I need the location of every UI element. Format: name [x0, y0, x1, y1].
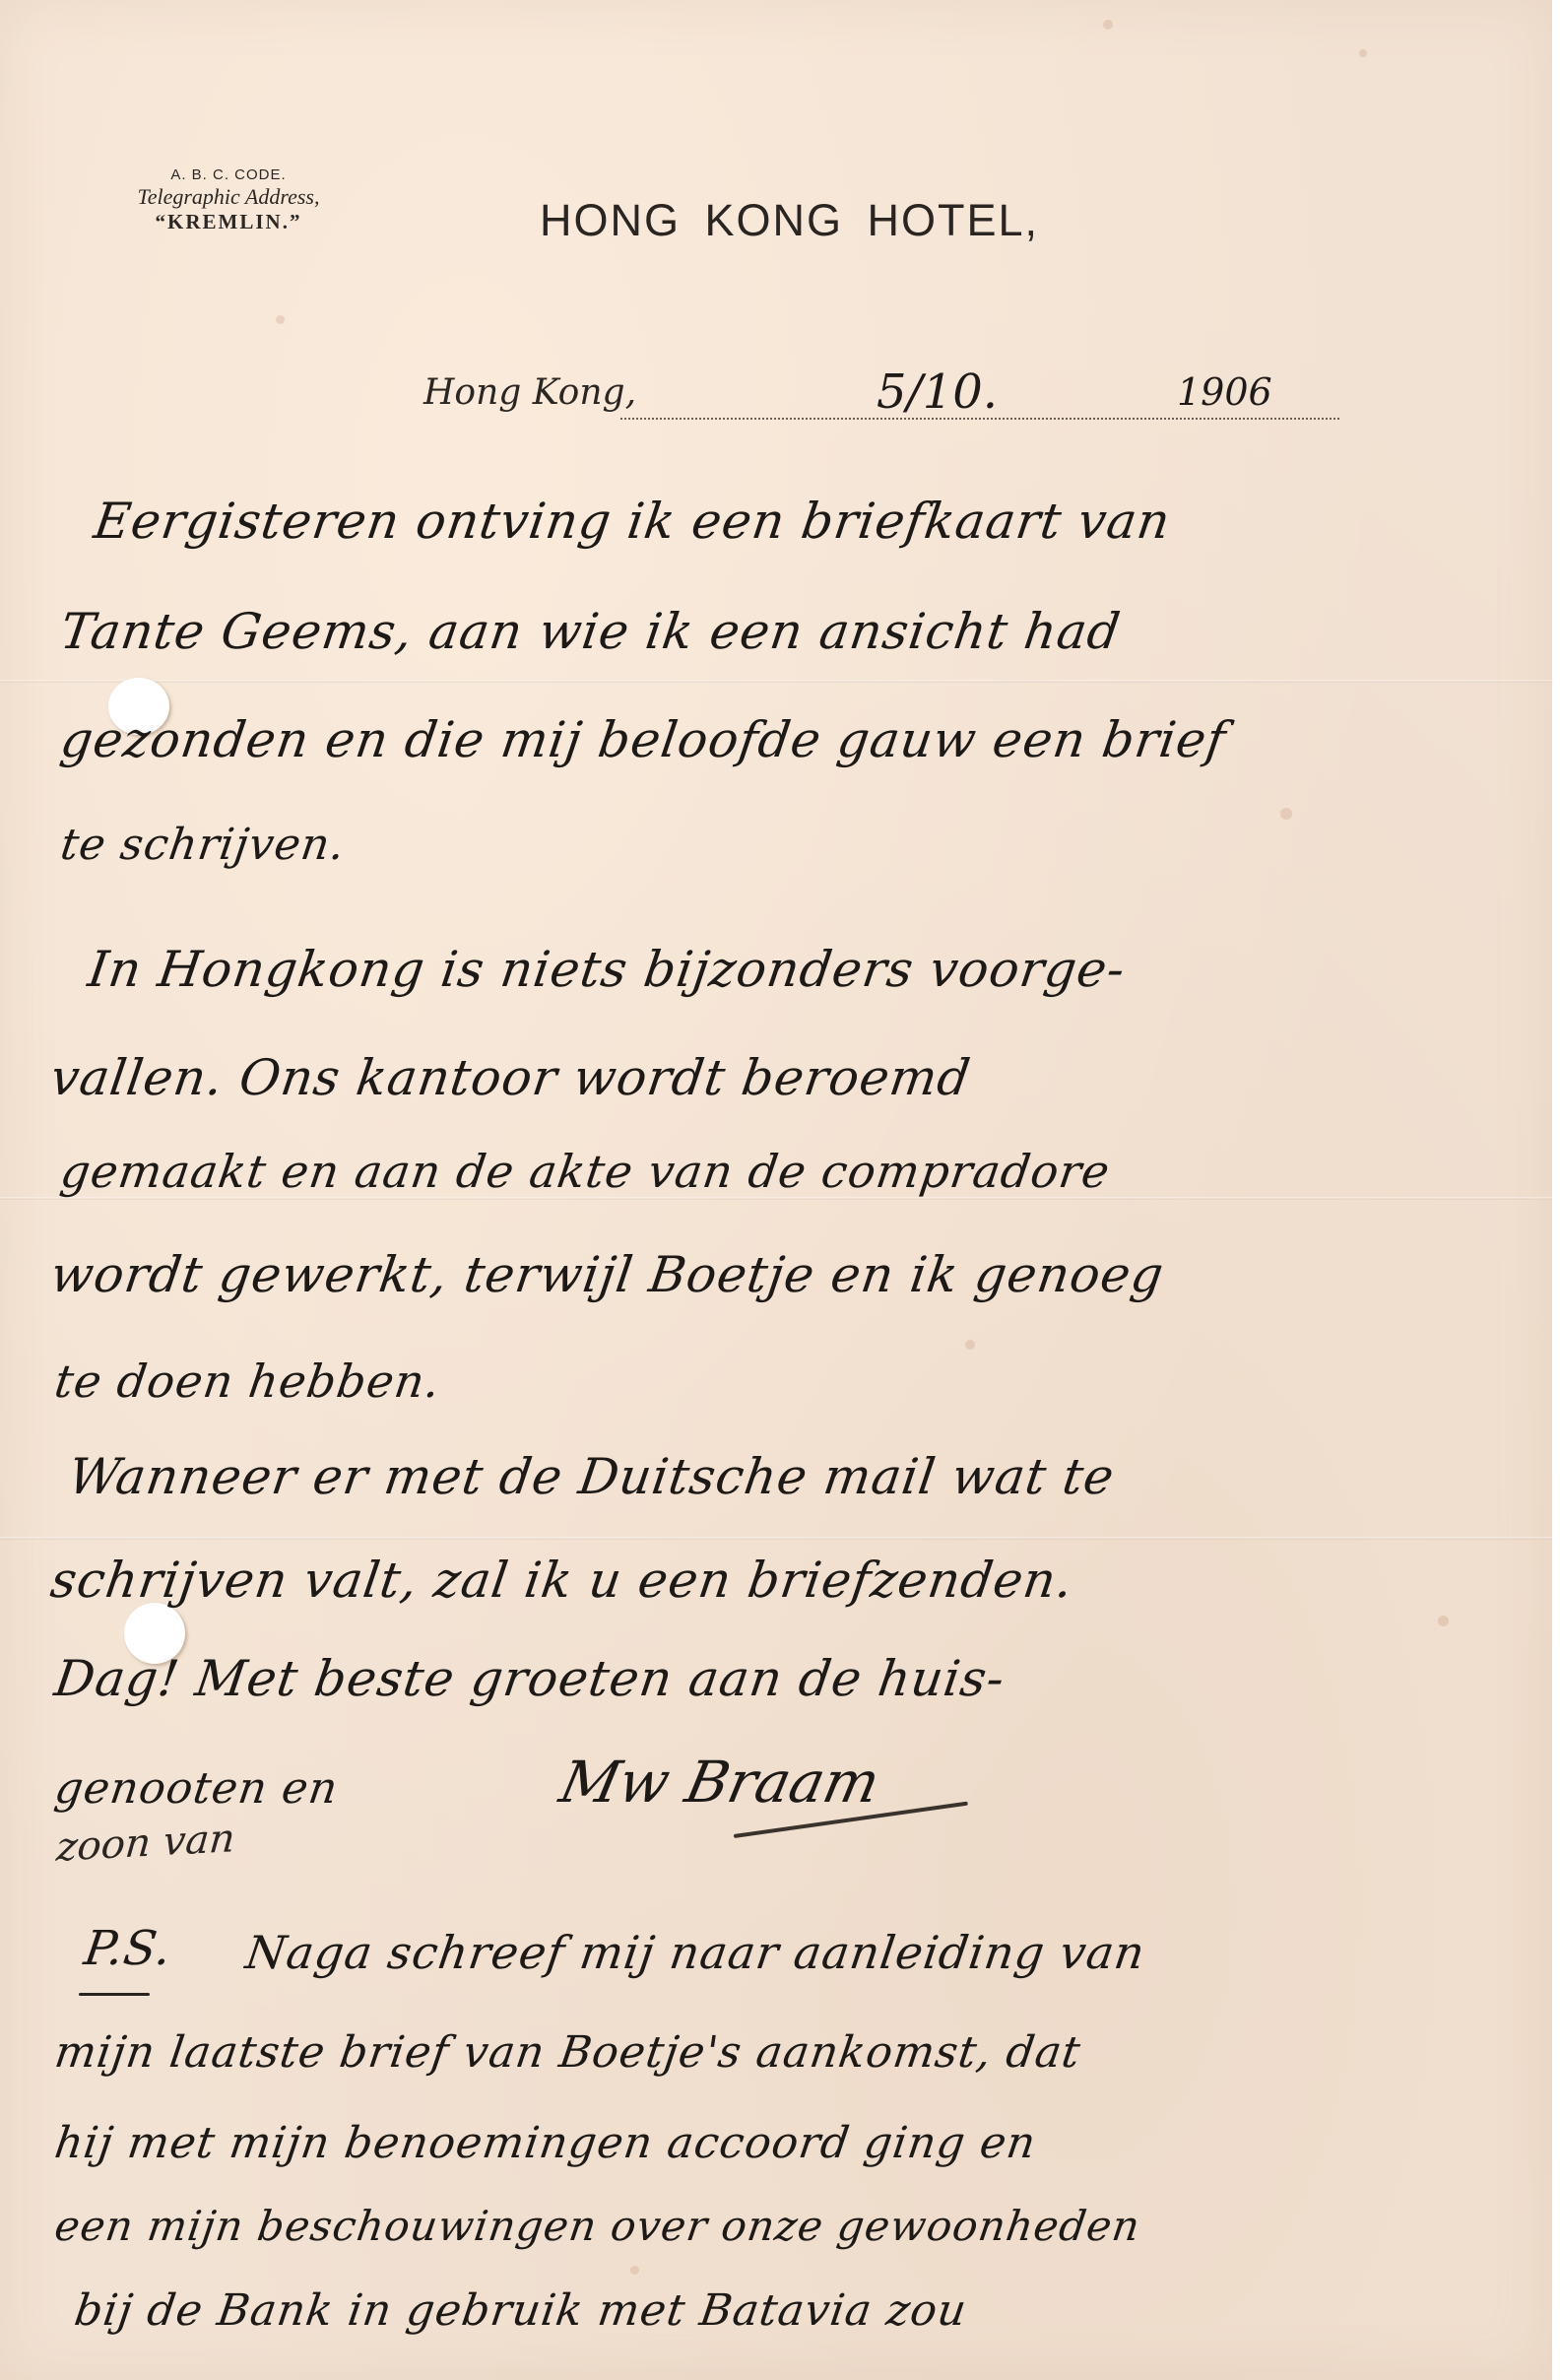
body-line: genooten en — [51, 1763, 341, 1814]
paper-stain — [1280, 808, 1292, 820]
date-year: 1906 — [1177, 370, 1272, 414]
letter-paper: A. B. C. CODE. Telegraphic Address, “KRE… — [0, 0, 1552, 2380]
postscript-line: Naga schreef mij naar aanleiding van — [242, 1926, 1148, 1979]
postscript-line: hij met mijn benoemingen accoord ging en — [51, 2118, 1039, 2168]
date-day-month: 5/10. — [877, 364, 998, 420]
body-line: Eergisteren ontving ik een briefkaart va… — [91, 493, 1174, 550]
paper-stain — [1438, 1616, 1449, 1626]
body-line: Tante Geems, aan wie ik een ansicht had — [57, 603, 1125, 660]
hotel-name: HONG KONG HOTEL, — [540, 195, 1039, 246]
body-line: te doen hebben. — [51, 1355, 444, 1408]
telegraphic-info: A. B. C. CODE. Telegraphic Address, “KRE… — [71, 165, 386, 234]
paper-stain — [1103, 20, 1113, 30]
paper-stain — [965, 1340, 975, 1350]
postscript-line: een mijn beschouwingen over onze gewoonh… — [52, 2202, 1143, 2250]
paper-stain — [276, 315, 285, 324]
body-line: In Hongkong is niets bijzonders voorge- — [85, 941, 1129, 998]
paper-stain — [630, 2266, 639, 2275]
abc-code: A. B. C. CODE. — [71, 165, 386, 185]
body-line: gemaakt en aan de akte van de compradore — [57, 1145, 1113, 1198]
body-line: wordt gewerkt, terwijl Boetje en ik geno… — [47, 1246, 1168, 1303]
postscript-line: bij de Bank in gebruik met Batavia zou — [71, 2285, 970, 2336]
body-line: te schrijven. — [57, 820, 348, 870]
body-line: vallen. Ons kantoor wordt beroemd — [47, 1049, 974, 1106]
fold-line — [0, 1537, 1552, 1540]
signature: Mw Braam — [554, 1749, 885, 1816]
body-line: Wanneer er met de Duitsche mail wat te — [65, 1448, 1118, 1505]
body-line: gezonden en die mij beloofde gauw een br… — [57, 711, 1230, 768]
postscript-label: P.S. — [81, 1921, 175, 1976]
body-line: Dag! Met beste groeten aan de huis- — [51, 1650, 1008, 1707]
place: Hong Kong, — [423, 372, 636, 413]
closing-line: zoon van — [54, 1816, 236, 1870]
telegraphic-address: “KREMLIN.” — [71, 209, 386, 234]
postscript-line: mijn laatste brief van Boetje's aankomst… — [51, 2027, 1083, 2078]
paper-stain — [1359, 49, 1367, 57]
dateline: Hong Kong, 5/10. 1906 — [423, 366, 1339, 435]
body-line: schrijven valt, zal ik u een briefzenden… — [47, 1552, 1077, 1609]
postscript-underline — [79, 1993, 150, 1996]
fold-line — [0, 680, 1552, 683]
telegraphic-label: Telegraphic Address, — [71, 185, 386, 209]
